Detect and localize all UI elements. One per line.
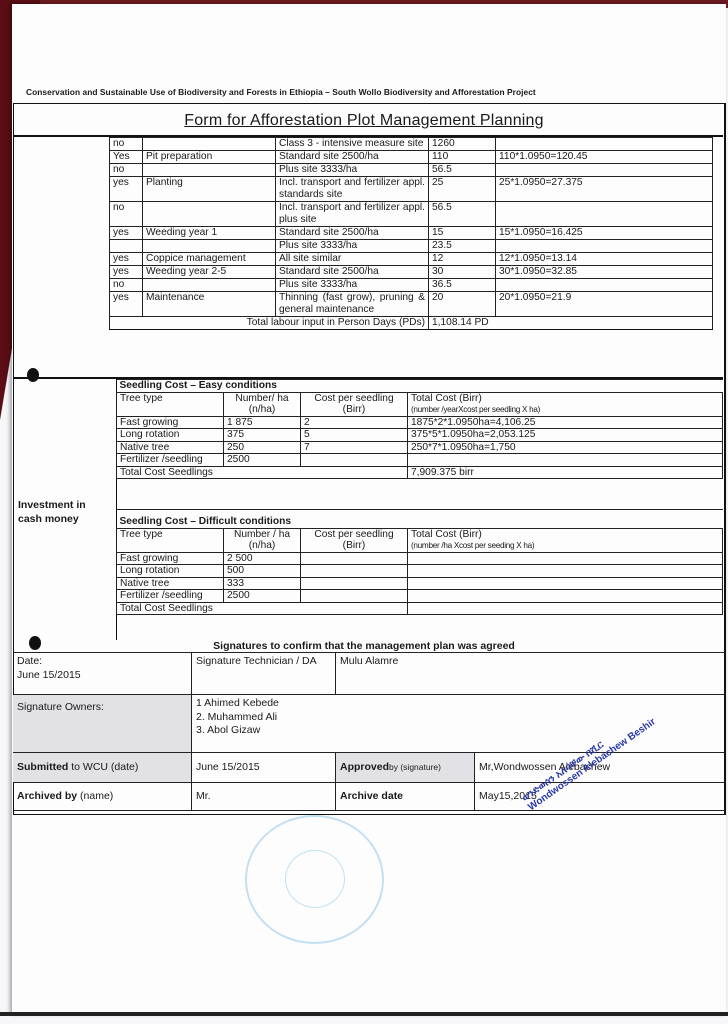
easy-seedling-table: Seedling Cost – Easy conditionsTree type…: [116, 379, 723, 479]
number-per-ha: 500: [224, 565, 301, 578]
col-tree-type: Tree type: [117, 528, 224, 552]
labour-flag: [110, 240, 143, 253]
labour-row: YesPit preparationStandard site 2500/ha1…: [110, 151, 713, 164]
punch-hole: [27, 368, 39, 382]
total-cost: 250*7*1.0950ha=1,750: [408, 441, 723, 454]
labour-table: noClass 3 - intensive measure site1260Ye…: [109, 137, 713, 330]
labour-calculation: 25*1.0950=27.375: [496, 177, 713, 202]
col-cost: Cost per seedling (Birr): [301, 392, 408, 416]
difficult-seedling-table: Seedling Cost – Difficult conditionsTree…: [116, 509, 723, 615]
labour-flag: no: [110, 279, 143, 292]
date-cell: Date: June 15/2015: [13, 653, 192, 695]
labour-calculation: 12*1.0950=13.14: [496, 253, 713, 266]
seedling-row: Fertilizer /seedling2500: [117, 454, 723, 467]
labour-activity: [143, 279, 276, 292]
labour-flag: Yes: [110, 151, 143, 164]
project-header: Conservation and Sustainable Use of Biod…: [26, 87, 536, 97]
labour-calculation: [496, 240, 713, 253]
tree-type: Fast growing: [117, 552, 224, 565]
seedling-row: Long rotation500: [117, 565, 723, 578]
labour-description: Plus site 3333/ha: [276, 164, 429, 177]
labour-flag: yes: [110, 177, 143, 202]
labour-flag: yes: [110, 292, 143, 317]
archived-value: Mr.: [192, 783, 336, 811]
labour-person-days: 110: [429, 151, 496, 164]
labour-total-value: 1,108.14 PD: [429, 317, 713, 330]
signatures-title: Signatures to confirm that the managemen…: [0, 640, 728, 652]
labour-person-days: 36.5: [429, 279, 496, 292]
seedling-section-title: Seedling Cost – Difficult conditions: [117, 510, 723, 529]
tree-type: Fertilizer /seedling: [117, 590, 224, 603]
labour-activity: [143, 138, 276, 151]
technician-value: Mulu Alamre: [336, 653, 726, 695]
number-per-ha: 250: [224, 441, 301, 454]
seedling-header-row: Tree typeNumber / ha (n/ha)Cost per seed…: [117, 528, 723, 552]
labour-calculation: 15*1.0950=16.425: [496, 227, 713, 240]
labour-activity: Planting: [143, 177, 276, 202]
cost-per-seedling: 2: [301, 416, 408, 429]
labour-activity: [143, 202, 276, 227]
labour-row: noIncl. transport and fertilizer appl. p…: [110, 202, 713, 227]
labour-row: yesCoppice managementAll site similar121…: [110, 253, 713, 266]
labour-description: Plus site 3333/ha: [276, 279, 429, 292]
col-tree-type: Tree type: [117, 392, 224, 416]
labour-person-days: 12: [429, 253, 496, 266]
cost-per-seedling: [301, 590, 408, 603]
labour-person-days: 1260: [429, 138, 496, 151]
labour-activity: Maintenance: [143, 292, 276, 317]
page-edge: [0, 1012, 728, 1016]
cost-per-seedling: [301, 454, 408, 467]
labour-calculation: [496, 164, 713, 177]
archive-date-label: Archive date: [336, 783, 475, 811]
total-cost: [408, 565, 723, 578]
labour-person-days: 30: [429, 266, 496, 279]
seedling-total-value: 7,909.375 birr: [408, 466, 723, 479]
seedling-total-row: Total Cost Seedlings7,909.375 birr: [117, 466, 723, 479]
number-per-ha: 375: [224, 429, 301, 442]
seedling-row: Native tree333: [117, 577, 723, 590]
labour-calculation: [496, 202, 713, 227]
seedling-row: Native tree2507250*7*1.0950ha=1,750: [117, 441, 723, 454]
number-per-ha: 1 875: [224, 416, 301, 429]
labour-person-days: 56.5: [429, 164, 496, 177]
labour-description: Standard site 2500/ha: [276, 151, 429, 164]
col-total-cost: Total Cost (Birr)(number /yearXcost per …: [408, 392, 723, 416]
labour-row: noClass 3 - intensive measure site1260: [110, 138, 713, 151]
form-title: Form for Afforestation Plot Management P…: [0, 112, 728, 130]
labour-calculation: 20*1.0950=21.9: [496, 292, 713, 317]
tree-type: Native tree: [117, 441, 224, 454]
owners-label: Signature Owners:: [13, 695, 192, 753]
labour-description: Incl. transport and fertilizer appl. plu…: [276, 202, 429, 227]
col-total-cost: Total Cost (Birr)(number /ha Xcost per s…: [408, 528, 723, 552]
labour-calculation: 110*1.0950=120.45: [496, 151, 713, 164]
labour-activity: Coppice management: [143, 253, 276, 266]
labour-activity: Weeding year 1: [143, 227, 276, 240]
col-number: Number/ ha (n/ha): [224, 392, 301, 416]
number-per-ha: 2 500: [224, 552, 301, 565]
tree-type: Long rotation: [117, 565, 224, 578]
tree-type: Fertilizer /seedling: [117, 454, 224, 467]
technician-label: Signature Technician / DA: [192, 653, 336, 695]
labour-calculation: [496, 138, 713, 151]
seedling-section-title: Seedling Cost – Easy conditions: [117, 380, 723, 393]
total-cost: [408, 454, 723, 467]
seedling-row: Fertilizer /seedling2500: [117, 590, 723, 603]
labour-row: yesWeeding year 2-5Standard site 2500/ha…: [110, 266, 713, 279]
tree-type: Long rotation: [117, 429, 224, 442]
labour-flag: no: [110, 202, 143, 227]
labour-description: Plus site 3333/ha: [276, 240, 429, 253]
labour-flag: yes: [110, 266, 143, 279]
labour-person-days: 15: [429, 227, 496, 240]
submitted-label: Submitted to WCU (date): [13, 753, 192, 783]
labour-row: yesWeeding year 1Standard site 2500/ha15…: [110, 227, 713, 240]
cost-per-seedling: [301, 577, 408, 590]
labour-description: Thinning (fast grow), pruning & general …: [276, 292, 429, 317]
labour-row: yesMaintenanceThinning (fast grow), prun…: [110, 292, 713, 317]
labour-description: All site similar: [276, 253, 429, 266]
labour-flag: yes: [110, 253, 143, 266]
total-cost: [408, 577, 723, 590]
labour-description: Incl. transport and fertilizer appl. sta…: [276, 177, 429, 202]
archived-label: Archived by (name): [13, 783, 192, 811]
labour-activity: [143, 164, 276, 177]
labour-person-days: 25: [429, 177, 496, 202]
cost-per-seedling: 7: [301, 441, 408, 454]
labour-total-row: Total labour input in Person Days (PDs)1…: [110, 317, 713, 330]
seedling-total-label: Total Cost Seedlings: [117, 602, 408, 615]
seedling-header-row: Tree typeNumber/ ha (n/ha)Cost per seedl…: [117, 392, 723, 416]
number-per-ha: 2500: [224, 590, 301, 603]
submitted-value: June 15/2015: [192, 753, 336, 783]
seedling-row: Long rotation3755375*5*1.0950ha=2,053.12…: [117, 429, 723, 442]
labour-total-label: Total labour input in Person Days (PDs): [110, 317, 429, 330]
total-cost: [408, 590, 723, 603]
labour-description: Standard site 2500/ha: [276, 266, 429, 279]
seedling-section-title-text: Seedling Cost – Difficult conditions: [117, 510, 723, 529]
approved-label: Approvedby (signature): [336, 753, 475, 783]
seedling-row: Fast growing2 500: [117, 552, 723, 565]
cost-per-seedling: [301, 565, 408, 578]
date-value: June 15/2015: [17, 669, 187, 683]
tree-type: Native tree: [117, 577, 224, 590]
labour-activity: Pit preparation: [143, 151, 276, 164]
investment-label: Investment in cash money: [18, 498, 108, 526]
labour-row: Plus site 3333/ha23.5: [110, 240, 713, 253]
seedling-section-title-text: Seedling Cost – Easy conditions: [117, 380, 723, 393]
archive-date-value: May15,2015: [475, 783, 726, 811]
seedling-total-label: Total Cost Seedlings: [117, 466, 408, 479]
number-per-ha: 2500: [224, 454, 301, 467]
labour-calculation: 30*1.0950=32.85: [496, 266, 713, 279]
labour-person-days: 56.5: [429, 202, 496, 227]
cost-per-seedling: [301, 552, 408, 565]
seedling-total-value: [408, 602, 723, 615]
labour-flag: no: [110, 138, 143, 151]
labour-description: Standard site 2500/ha: [276, 227, 429, 240]
labour-flag: yes: [110, 227, 143, 240]
labour-row: yesPlantingIncl. transport and fertilize…: [110, 177, 713, 202]
labour-person-days: 23.5: [429, 240, 496, 253]
official-seal-emblem: [285, 850, 345, 908]
cost-per-seedling: 5: [301, 429, 408, 442]
col-number: Number / ha (n/ha): [224, 528, 301, 552]
col-cost: Cost per seedling (Birr): [301, 528, 408, 552]
labour-description: Class 3 - intensive measure site: [276, 138, 429, 151]
labour-person-days: 20: [429, 292, 496, 317]
total-cost: 375*5*1.0950ha=2,053.125: [408, 429, 723, 442]
labour-row: noPlus site 3333/ha56.5: [110, 164, 713, 177]
seedling-row: Fast growing1 87521875*2*1.0950ha=4,106.…: [117, 416, 723, 429]
labour-calculation: [496, 279, 713, 292]
seedling-total-row: Total Cost Seedlings: [117, 602, 723, 615]
labour-row: noPlus site 3333/ha36.5: [110, 279, 713, 292]
labour-flag: no: [110, 164, 143, 177]
number-per-ha: 333: [224, 577, 301, 590]
labour-activity: [143, 240, 276, 253]
labour-activity: Weeding year 2-5: [143, 266, 276, 279]
total-cost: 1875*2*1.0950ha=4,106.25: [408, 416, 723, 429]
total-cost: [408, 552, 723, 565]
tree-type: Fast growing: [117, 416, 224, 429]
